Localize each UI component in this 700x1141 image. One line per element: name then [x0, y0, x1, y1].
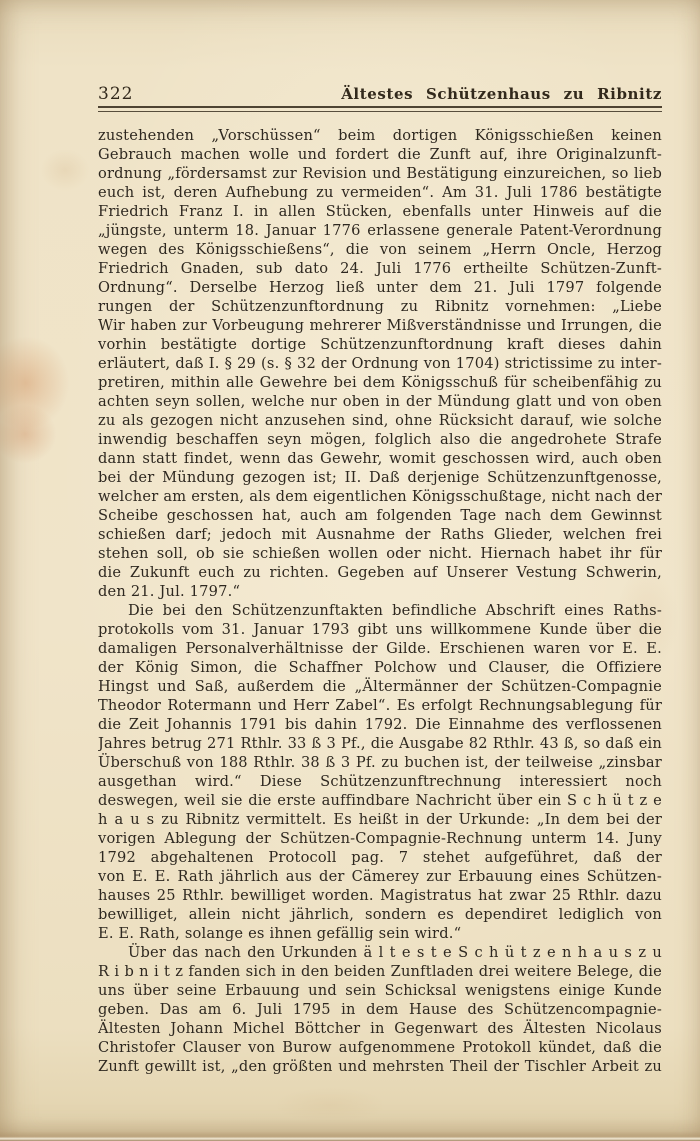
- text-line: protokolls vom 31. Januar 1793 gibt uns …: [98, 620, 662, 639]
- text-line: Theodor Rotermann und Herr Zabel“. Es er…: [98, 696, 662, 715]
- text-line: ordnung „fördersamst zur Revision und Be…: [98, 164, 662, 183]
- rust-stain: [0, 318, 86, 448]
- text-line: euch ist, deren Aufhebung zu vermeiden“.…: [98, 183, 662, 202]
- text-line: Hingst und Saß, außerdem die „Ältermänne…: [98, 677, 662, 696]
- text-line: Friedrich Franz I. in allen Stücken, ebe…: [98, 202, 662, 221]
- text-line: von E. E. Rath jährlich aus der Cämerey …: [98, 867, 662, 886]
- foxing-stain: [30, 140, 100, 200]
- text-line: bewilliget, allein nicht jährlich, sonde…: [98, 905, 662, 924]
- paragraph: Die bei den Schützenzunftakten befindlic…: [98, 601, 662, 943]
- text-line: R i b n i t z fanden sich in den beiden …: [98, 962, 662, 981]
- text-line: welcher am ersten, als dem eigentlichen …: [98, 487, 662, 506]
- text-line: dann statt findet, wenn das Gewehr, womi…: [98, 449, 662, 468]
- text-block: zustehenden „Vorschüssen“ beim dortigen …: [98, 126, 662, 1076]
- text-line: Zunft gewillt ist, „den größten und mehr…: [98, 1057, 662, 1076]
- text-line: stehen soll, ob sie schießen wollen oder…: [98, 544, 662, 563]
- header-rule: [98, 106, 662, 112]
- text-line: die Zeit Johannis 1791 bis dahin 1792. D…: [98, 715, 662, 734]
- text-line: Ältesten Johann Michel Böttcher in Gegen…: [98, 1019, 662, 1038]
- text-line: bei der Mündung gezogen ist; II. Daß der…: [98, 468, 662, 487]
- text-line: Wir haben zur Vorbeugung mehrerer Mißver…: [98, 316, 662, 335]
- page-header: 322 Ältestes Schützenhaus zu Ribnitz: [98, 84, 662, 104]
- text-line: h a u s zu Ribnitz vermittelt. Es heißt …: [98, 810, 662, 829]
- text-line: 1792 abgehaltenen Protocoll pag. 7 stehe…: [98, 848, 662, 867]
- text-line: ausgethan wird.“ Diese Schützenzunftrech…: [98, 772, 662, 791]
- text-line: Überschuß von 188 Rthlr. 38 ß 3 Pf. zu b…: [98, 753, 662, 772]
- text-line: Scheibe geschossen hat, auch am folgende…: [98, 506, 662, 525]
- page-number: 322: [98, 84, 133, 104]
- text-line: wegen des Königsschießens“, die von sein…: [98, 240, 662, 259]
- text-line: achten seyn sollen, welche nur oben in d…: [98, 392, 662, 411]
- text-line: Christofer Clauser von Burow aufgenommen…: [98, 1038, 662, 1057]
- text-line: den 21. Jul. 1797.“: [98, 582, 662, 601]
- text-line: vorhin bestätigte dortige Schützenzunfto…: [98, 335, 662, 354]
- text-line: E. E. Rath, solange es ihnen gefällig se…: [98, 924, 662, 943]
- foxing-stain: [250, 1080, 410, 1130]
- text-line: inwendig beschaffen seyn mögen, folglich…: [98, 430, 662, 449]
- text-line: „jüngste, unterm 18. Januar 1776 erlasse…: [98, 221, 662, 240]
- text-line: rungen der Schützenzunftordnung zu Ribni…: [98, 297, 662, 316]
- text-line: geben. Das am 6. Juli 1795 in dem Hause …: [98, 1000, 662, 1019]
- text-line: Die bei den Schützenzunftakten befindlic…: [98, 601, 662, 620]
- text-line: hauses 25 Rthlr. bewilliget worden. Magi…: [98, 886, 662, 905]
- page-bottom-edge: [0, 1131, 700, 1141]
- text-line: die Zukunft euch zu richten. Gegeben auf…: [98, 563, 662, 582]
- text-line: Über das nach den Urkunden ä l t e s t e…: [98, 943, 662, 962]
- paragraph: Über das nach den Urkunden ä l t e s t e…: [98, 943, 662, 1076]
- text-line: damaligen Personalverhältnisse der Gilde…: [98, 639, 662, 658]
- paragraph: zustehenden „Vorschüssen“ beim dortigen …: [98, 126, 662, 601]
- text-line: Ordnung“. Derselbe Herzog ließ unter dem…: [98, 278, 662, 297]
- text-line: zustehenden „Vorschüssen“ beim dortigen …: [98, 126, 662, 145]
- text-line: pretiren, mithin alle Gewehre bei dem Kö…: [98, 373, 662, 392]
- text-line: schießen darf; jedoch mit Ausnahme der R…: [98, 525, 662, 544]
- text-line: zu als gezogen nicht anzusehen sind, ohn…: [98, 411, 662, 430]
- text-line: Friedrich Gnaden, sub dato 24. Juli 1776…: [98, 259, 662, 278]
- running-title: Ältestes Schützenhaus zu Ribnitz: [341, 85, 662, 103]
- text-line: Gebrauch machen wolle und fordert die Zu…: [98, 145, 662, 164]
- rust-stain: [0, 392, 70, 476]
- text-line: deswegen, weil sie die erste auffindbare…: [98, 791, 662, 810]
- text-line: vorigen Ablegung der Schützen-Compagnie-…: [98, 829, 662, 848]
- text-line: uns über seine Erbauung und sein Schicks…: [98, 981, 662, 1000]
- text-line: erläutert, daß I. § 29 (s. § 32 der Ordn…: [98, 354, 662, 373]
- text-line: Jahres betrug 271 Rthlr. 33 ß 3 Pf., die…: [98, 734, 662, 753]
- text-line: der König Simon, die Schaffner Polchow u…: [98, 658, 662, 677]
